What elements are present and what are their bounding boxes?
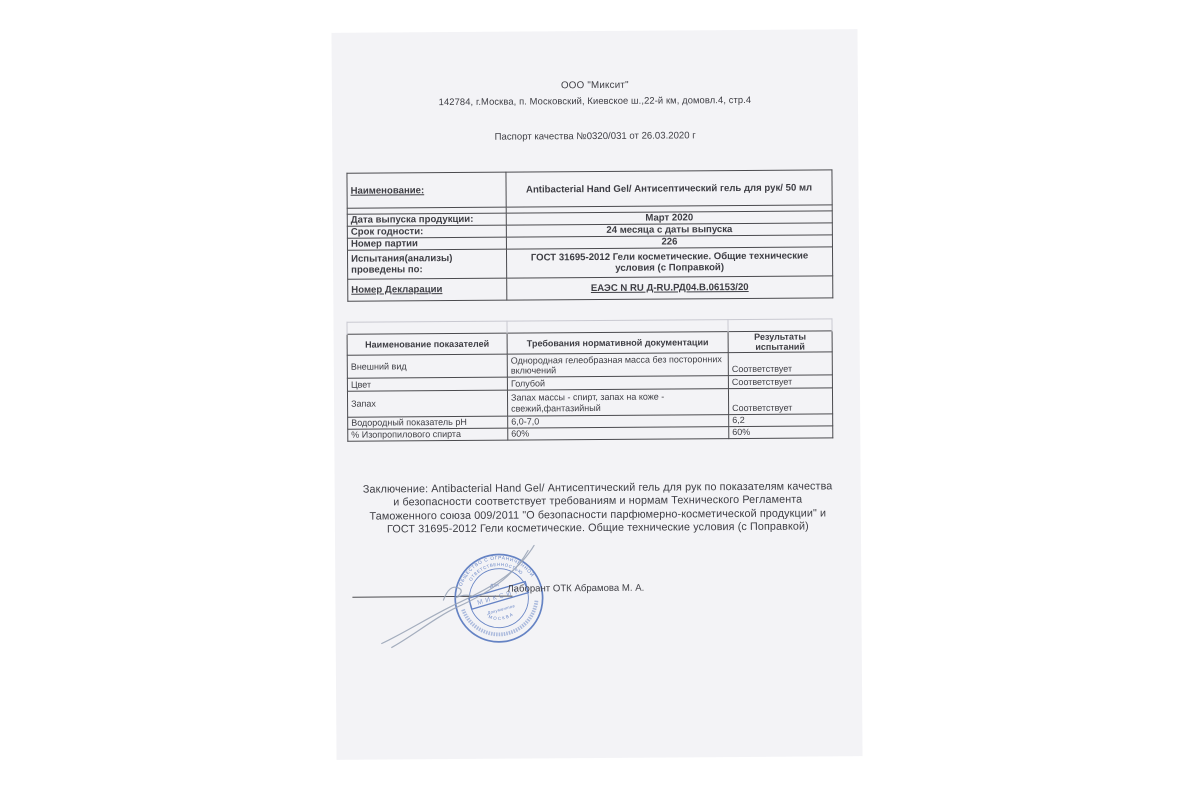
product-info-table: Наименование: Antibacterial Hand Gel/ Ан…	[346, 169, 833, 301]
requirement-cell: Запах массы - спирт, запах на коже - све…	[507, 389, 728, 417]
product-info-label: Номер Декларации	[348, 278, 507, 301]
indicator-name-cell: Водородный показатель pH	[348, 416, 508, 429]
test-results-table: Наименование показателей Требования норм…	[346, 318, 833, 441]
declaration-number: ЕАЭС N RU Д-RU.РД04.В.06153/20	[507, 276, 833, 300]
product-info-row: Испытания(анализы) проведены по: ГОСТ 31…	[347, 247, 832, 279]
result-cell: 6,2	[729, 414, 833, 427]
product-info-row: Номер Декларации ЕАЭС N RU Д-RU.РД04.В.0…	[348, 276, 833, 301]
result-cell: 60%	[729, 426, 833, 439]
test-results-header-row: Наименование показателей Требования норм…	[347, 331, 832, 355]
product-info-label: Срок годности:	[347, 225, 506, 238]
handwritten-signature	[365, 535, 556, 684]
requirement-cell: 60%	[508, 427, 729, 441]
column-header-indicator: Наименование показателей	[347, 333, 507, 355]
scan-background: ООО "Миксит" 142784, г.Москва, п. Москов…	[0, 0, 1200, 800]
indicator-name-cell: Внешний вид	[347, 354, 507, 378]
product-info-label: Испытания(анализы) проведены по:	[347, 249, 506, 279]
indicator-name-cell: Цвет	[347, 377, 507, 391]
column-header-result: Результаты испытаний	[728, 331, 832, 353]
product-info-value: Antibacterial Hand Gel/ Антисептический …	[506, 170, 832, 207]
indicator-name-cell: % Изопропилового спирта	[348, 428, 508, 441]
column-header-requirement: Требования нормативной документации	[507, 332, 728, 355]
indicator-name-cell: Запах	[347, 390, 507, 417]
product-info-label: Дата выпуска продукции:	[347, 213, 506, 226]
document-title: Паспорт качества №0320/031 от 26.03.2020…	[332, 129, 858, 144]
product-info-label: Номер партии	[347, 237, 506, 250]
product-info-label: Наименование:	[347, 172, 506, 208]
document-header: ООО "Миксит" 142784, г.Москва, п. Москов…	[332, 78, 858, 108]
company-address: 142784, г.Москва, п. Московский, Киевско…	[332, 93, 858, 108]
company-name: ООО "Миксит"	[332, 78, 858, 93]
result-cell: Соответствует	[728, 388, 832, 415]
result-cell: Соответствует	[728, 352, 832, 376]
conclusion-text: Заключение: Antibacterial Hand Gel/ Анти…	[343, 480, 853, 537]
requirement-cell: Однородная гелеобразная масса без постор…	[507, 353, 728, 378]
test-result-row: Внешний вид Однородная гелеобразная масс…	[347, 352, 832, 378]
quality-passport-document: ООО "Миксит" 142784, г.Москва, п. Москов…	[331, 29, 862, 760]
signatory-label: Лаборант ОТК Абрамова М. А.	[507, 583, 644, 595]
conclusion-line: ГОСТ 31695-2012 Гели косметические. Общи…	[343, 520, 853, 537]
result-cell: Соответствует	[728, 375, 832, 389]
test-result-row: Запах Запах массы - спирт, запах на коже…	[347, 388, 832, 417]
product-info-value: ГОСТ 31695-2012 Гели косметические. Общи…	[506, 247, 832, 278]
product-info-row: Наименование: Antibacterial Hand Gel/ Ан…	[347, 170, 832, 208]
test-result-row: % Изопропилового спирта 60% 60%	[348, 426, 833, 441]
